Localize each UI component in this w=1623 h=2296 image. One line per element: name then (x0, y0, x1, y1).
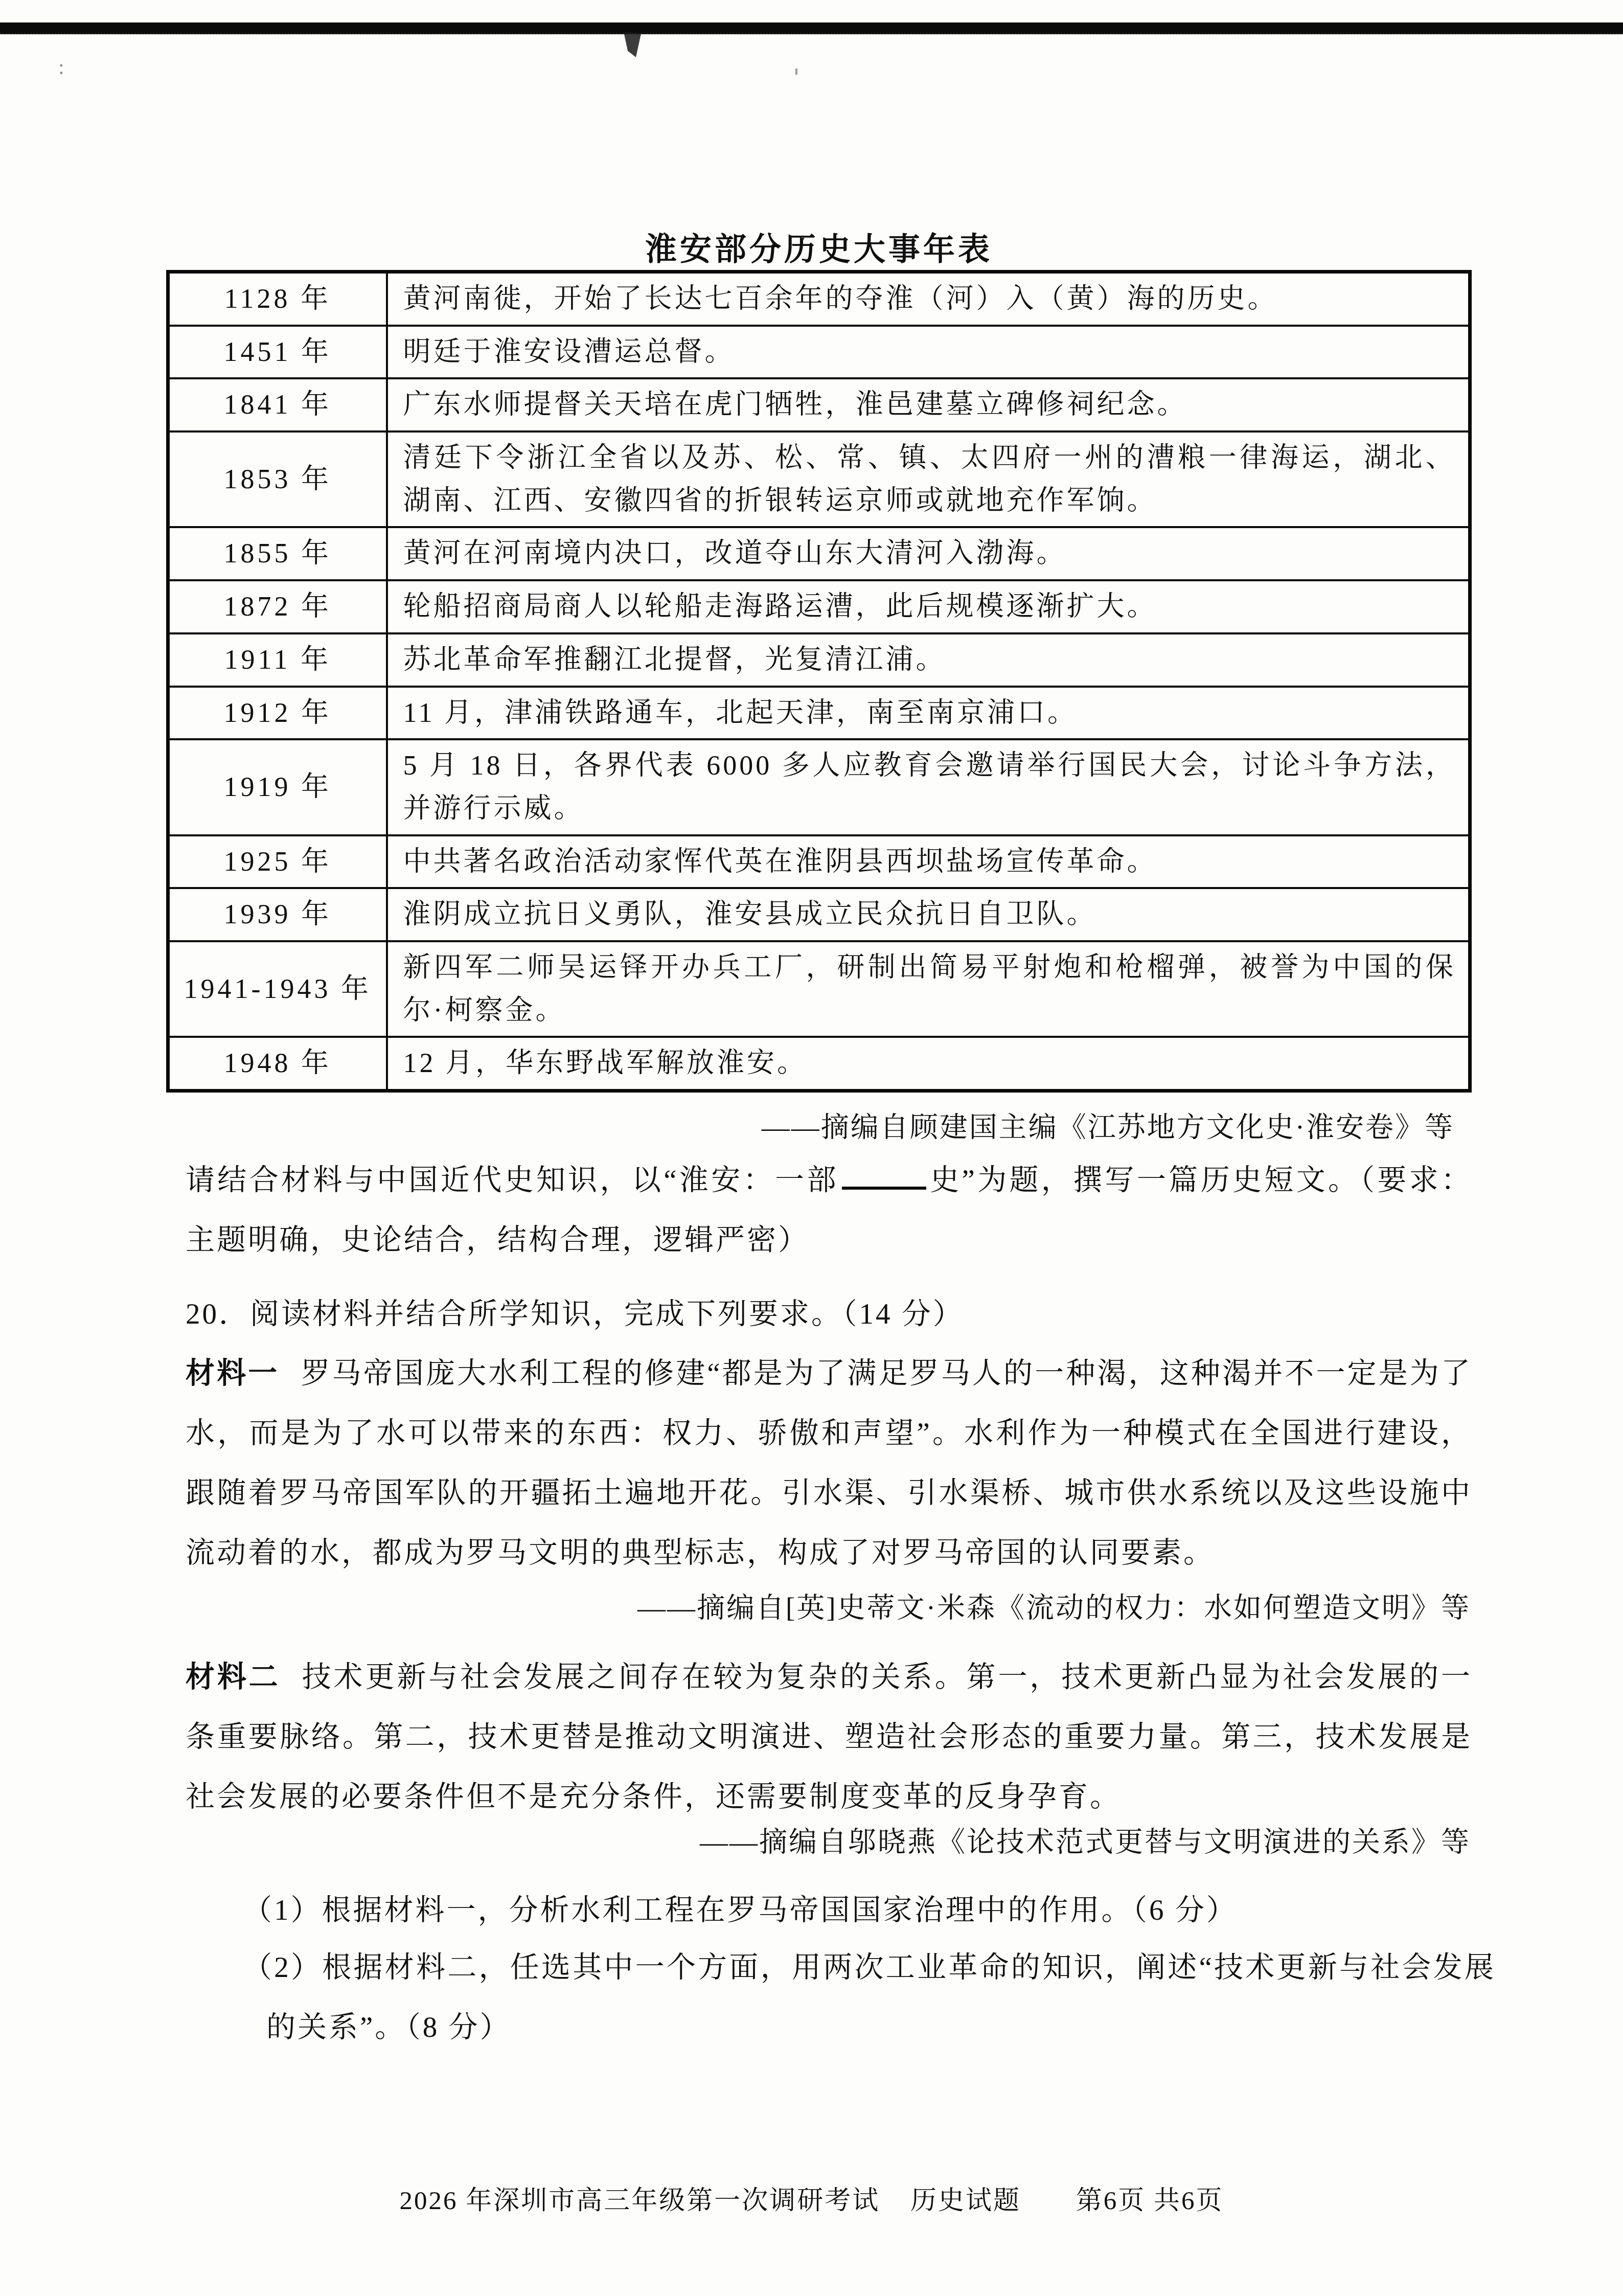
material-2-text: 技术更新与社会发展之间存在较为复杂的关系。第一，技术更新凸显为社会发展的一条重要… (186, 1661, 1472, 1813)
table-title: 淮安部分历史大事年表 (166, 224, 1472, 269)
material-1-source-citation: ——摘编自[英]史蒂文·米森《流动的权力：水如何塑造文明》等 (637, 1585, 1471, 1625)
year-cell: 1128 年 (168, 272, 387, 326)
essay-task-before-blank: 请结合材料与中国近代史知识，以“淮安：一部 (186, 1164, 839, 1196)
table-row: 1855 年 黄河在河南境内决口，改道夺山东大清河入渤海。 (168, 527, 1470, 580)
essay-task-paragraph: 请结合材料与中国近代史知识，以“淮安：一部史”为题，撰写一篇历史短文。（要求：主… (186, 1150, 1472, 1270)
page-footer: 2026 年深圳市高三年级第一次调研考试 历史试题 第6页 共6页 (0, 2179, 1623, 2217)
year-cell: 1939 年 (168, 888, 387, 941)
table-row: 1911 年 苏北革命军推翻江北提督，光复清江浦。 (168, 633, 1470, 687)
material-2-source-citation: ——摘编自邬晓燕《论技术范式更替与文明演进的关系》等 (700, 1819, 1471, 1859)
event-cell: 5 月 18 日，各界代表 6000 多人应教育会邀请举行国民大会，讨论斗争方法… (387, 739, 1470, 835)
event-cell: 黄河南徙，开始了长达七百余年的夺淮（河）入（黄）海的历史。 (387, 272, 1470, 326)
event-cell: 黄河在河南境内决口，改道夺山东大清河入渤海。 (387, 527, 1470, 580)
material-1-paragraph: 材料一罗马帝国庞大水利工程的修建“都是为了满足罗马人的一种渴，这种渴并不一定是为… (186, 1344, 1472, 1583)
year-cell: 1925 年 (168, 835, 387, 889)
table-row: 1948 年 12 月，华东野战军解放淮安。 (168, 1037, 1470, 1090)
table-row: 1939 年 淮阴成立抗日义勇队，淮安县成立民众抗日自卫队。 (168, 888, 1470, 941)
event-cell: 新四军二师吴运铎开办兵工厂，研制出简易平射炮和枪榴弹，被誉为中国的保尔·柯察金。 (387, 941, 1470, 1037)
year-cell: 1841 年 (168, 378, 387, 431)
event-cell: 轮船招商局商人以轮船走海路运漕，此后规模逐渐扩大。 (387, 580, 1470, 633)
year-cell: 1911 年 (168, 633, 387, 687)
year-cell: 1451 年 (168, 326, 387, 379)
table-source-citation: ——摘编自顾建国主编《江苏地方文化史·淮安卷》等 (762, 1104, 1454, 1145)
fill-in-blank-line (842, 1181, 926, 1190)
year-cell: 1941-1943 年 (168, 941, 387, 1037)
scan-speck-colon: : (58, 55, 64, 80)
material-2-label: 材料二 (186, 1661, 281, 1693)
event-cell: 清廷下令浙江全省以及苏、松、常、镇、太四府一州的漕粮一律海运，湖北、湖南、江西、… (387, 431, 1470, 527)
table-row: 1451 年 明廷于淮安设漕运总督。 (168, 326, 1470, 379)
event-cell: 苏北革命军推翻江北提督，光复清江浦。 (387, 633, 1470, 687)
question-20-heading: 20．阅读材料并结合所学知识，完成下列要求。（14 分） (186, 1284, 1472, 1344)
chronology-table: 1128 年 黄河南徙，开始了长达七百余年的夺淮（河）入（黄）海的历史。 145… (166, 270, 1472, 1093)
scan-edge-bar (0, 22, 1623, 34)
exam-page: : 淮安部分历史大事年表 1128 年 黄河南徙，开始了长达七百余年的夺淮（河）… (0, 0, 1623, 2296)
event-cell: 11 月，津浦铁路通车，北起天津，南至南京浦口。 (387, 687, 1470, 740)
footer-exam-name: 2026 年深圳市高三年级第一次调研考试 (399, 2187, 880, 2215)
footer-subject: 历史试题 (910, 2187, 1021, 2215)
table-row: 1841 年 广东水师提督关天培在虎门牺牲，淮邑建墓立碑修祠纪念。 (168, 378, 1470, 431)
table-row: 1128 年 黄河南徙，开始了长达七百余年的夺淮（河）入（黄）海的历史。 (168, 272, 1470, 326)
footer-page-info: 第6页 共6页 (1076, 2187, 1224, 2215)
table-row: 1872 年 轮船招商局商人以轮船走海路运漕，此后规模逐渐扩大。 (168, 580, 1470, 633)
sub-question-1: （1）根据材料一，分析水利工程在罗马帝国国家治理中的作用。（6 分） (243, 1880, 1496, 1940)
table-row: 1853 年 清廷下令浙江全省以及苏、松、常、镇、太四府一州的漕粮一律海运，湖北… (168, 431, 1470, 527)
year-cell: 1872 年 (168, 580, 387, 633)
event-cell: 中共著名政治活动家恽代英在淮阴县西坝盐场宣传革命。 (387, 835, 1470, 889)
event-cell: 12 月，华东野战军解放淮安。 (387, 1037, 1470, 1090)
table-row: 1912 年 11 月，津浦铁路通车，北起天津，南至南京浦口。 (168, 687, 1470, 740)
event-cell: 明廷于淮安设漕运总督。 (387, 326, 1470, 379)
material-1-text: 罗马帝国庞大水利工程的修建“都是为了满足罗马人的一种渴，这种渴并不一定是为了水，… (186, 1357, 1472, 1569)
material-2-paragraph: 材料二技术更新与社会发展之间存在较为复杂的关系。第一，技术更新凸显为社会发展的一… (186, 1647, 1472, 1827)
sub-question-2: （2）根据材料二，任选其中一个方面，用两次工业革命的知识，阐述“技术更新与社会发… (243, 1938, 1496, 2057)
table-row: 1919 年 5 月 18 日，各界代表 6000 多人应教育会邀请举行国民大会… (168, 739, 1470, 835)
event-cell: 淮阴成立抗日义勇队，淮安县成立民众抗日自卫队。 (387, 888, 1470, 941)
year-cell: 1853 年 (168, 431, 387, 527)
material-1-label: 材料一 (186, 1357, 279, 1390)
scan-speck-dash (795, 69, 797, 75)
event-cell: 广东水师提督关天培在虎门牺牲，淮邑建墓立碑修祠纪念。 (387, 378, 1470, 431)
year-cell: 1912 年 (168, 687, 387, 740)
year-cell: 1855 年 (168, 527, 387, 580)
scan-ink-blotch (622, 32, 642, 57)
table-row: 1941-1943 年 新四军二师吴运铎开办兵工厂，研制出简易平射炮和枪榴弹，被… (168, 941, 1470, 1037)
table-row: 1925 年 中共著名政治活动家恽代英在淮阴县西坝盐场宣传革命。 (168, 835, 1470, 889)
year-cell: 1948 年 (168, 1037, 387, 1090)
year-cell: 1919 年 (168, 739, 387, 835)
